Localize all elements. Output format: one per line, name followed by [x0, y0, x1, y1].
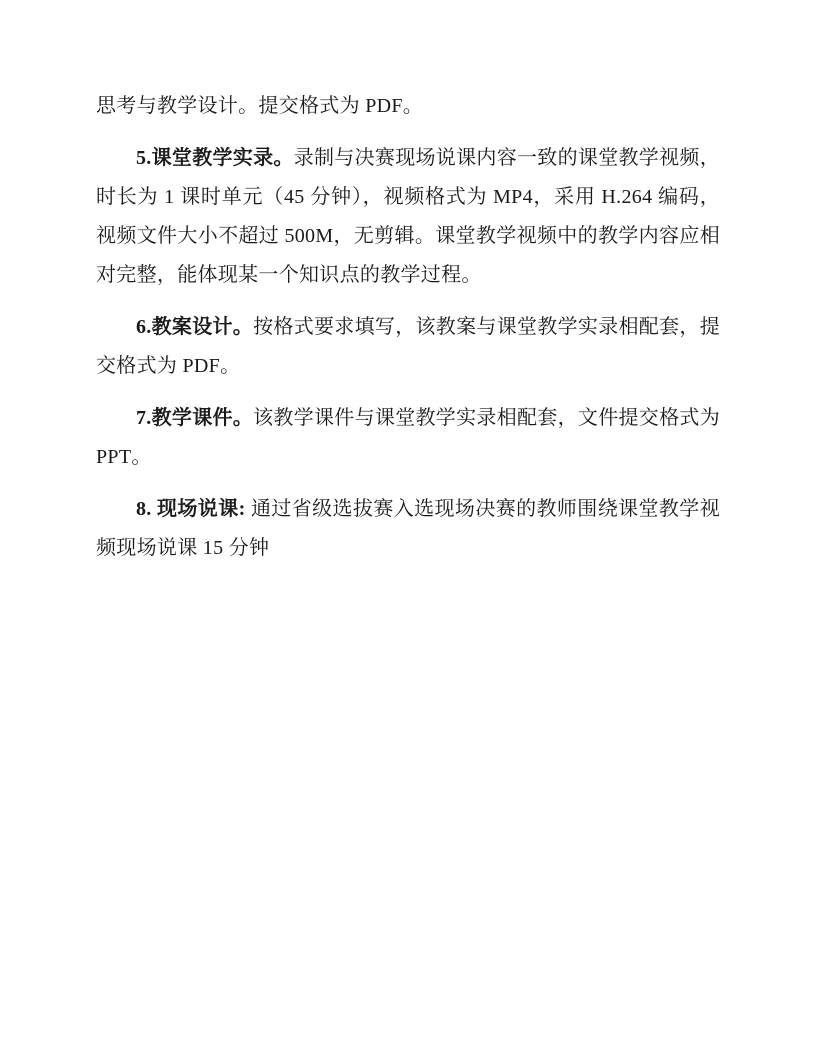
paragraph-continuation: 思考与教学设计。提交格式为 PDF。 — [96, 87, 720, 126]
item-7-paragraph: 7.教学课件。该教学课件与课堂教学实录相配套，文件提交格式为 PPT。 — [96, 399, 720, 477]
item-8-paragraph: 8. 现场说课: 通过省级选拔赛入选现场决赛的教师围绕课堂教学视频现场说课 15… — [96, 490, 720, 568]
paragraph-text: 思考与教学设计。提交格式为 PDF。 — [96, 95, 423, 117]
item-6-heading: 6.教案设计。 — [136, 316, 253, 338]
document-page: 思考与教学设计。提交格式为 PDF。 5.课堂教学实录。录制与决赛现场说课内容一… — [0, 0, 816, 1056]
item-8-heading: 8. 现场说课: — [136, 498, 251, 520]
item-5-heading: 5.课堂教学实录。 — [136, 147, 294, 169]
item-6-paragraph: 6.教案设计。按格式要求填写，该教案与课堂教学实录相配套，提交格式为 PDF。 — [96, 308, 720, 386]
item-7-heading: 7.教学课件。 — [136, 407, 253, 429]
item-5-paragraph: 5.课堂教学实录。录制与决赛现场说课内容一致的课堂教学视频，时长为 1 课时单元… — [96, 139, 720, 295]
